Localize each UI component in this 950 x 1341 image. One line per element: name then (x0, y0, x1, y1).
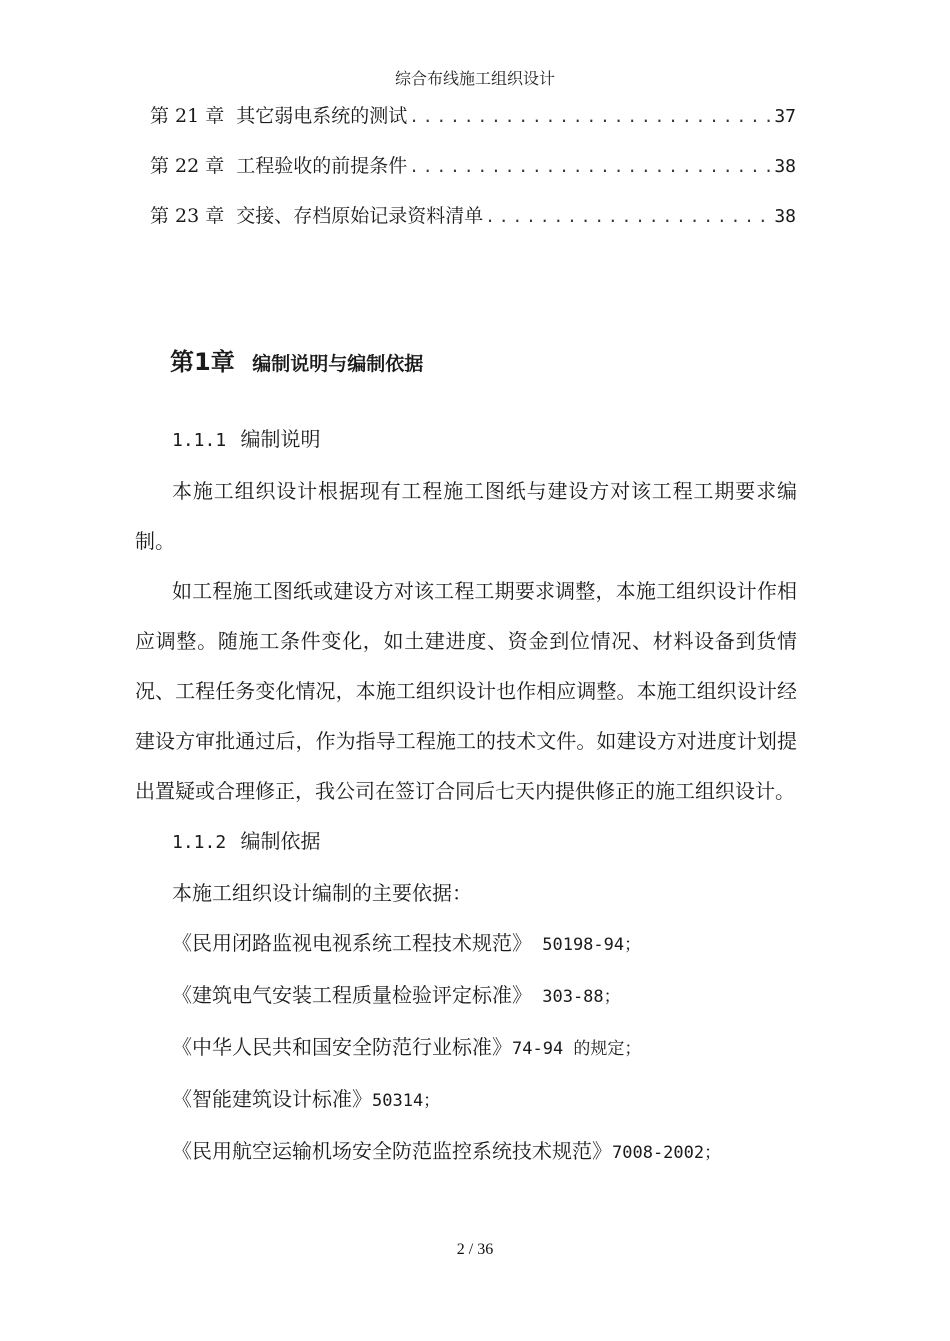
table-of-contents: 第 21 章 其它弱电系统的测试 37 第 22 章 工程验收的前提条件 38 … (150, 100, 796, 250)
toc-chapter-number: 第 21 章 (150, 100, 224, 132)
reference-name: 《民用航空运输机场安全防范监控系统技术规范》 (172, 1139, 612, 1163)
page-number-indicator: 2 / 36 (0, 1241, 950, 1259)
reference-item: 《民用闭路监视电视系统工程技术规范》 50198-94； (135, 918, 797, 970)
toc-page-number: 38 (774, 201, 796, 233)
reference-name: 《智能建筑设计标准》 (172, 1087, 372, 1111)
section-title: 编制说明 (241, 427, 321, 451)
toc-chapter-number: 第 22 章 (150, 150, 224, 182)
toc-page-number: 38 (774, 151, 796, 183)
toc-chapter-number: 第 23 章 (150, 200, 224, 232)
chapter-title-text: 编制说明与编制依据 (252, 353, 423, 375)
section-number: 1.1.2 (172, 832, 226, 853)
reference-code: 7008-2002； (612, 1143, 721, 1163)
toc-entry[interactable]: 第 23 章 交接、存档原始记录资料清单 38 (150, 200, 796, 250)
reference-item: 《建筑电气安装工程质量检验评定标准》 303-88； (135, 970, 797, 1022)
document-body: 1.1.1 编制说明 本施工组织设计根据现有工程施工图纸与建设方对该工程工期要求… (135, 414, 797, 1178)
reference-item: 《中华人民共和国安全防范行业标准》74-94 的规定； (135, 1022, 797, 1074)
page-header-title: 综合布线施工组织设计 (0, 66, 950, 89)
body-paragraph: 如工程施工图纸或建设方对该工程工期要求调整，本施工组织设计作相应调整。随施工条件… (135, 566, 797, 816)
reference-name: 《中华人民共和国安全防范行业标准》 (172, 1035, 512, 1059)
section-heading: 1.1.1 编制说明 (135, 414, 797, 466)
reference-item: 《民用航空运输机场安全防范监控系统技术规范》7008-2002； (135, 1126, 797, 1178)
toc-chapter-title: 其它弱电系统的测试 (236, 100, 407, 132)
toc-page-number: 37 (774, 101, 796, 133)
reference-name: 《民用闭路监视电视系统工程技术规范》 (172, 931, 532, 955)
toc-leader-dots (407, 101, 774, 133)
body-paragraph: 本施工组织设计编制的主要依据： (135, 868, 797, 918)
reference-item: 《智能建筑设计标准》50314； (135, 1074, 797, 1126)
chapter-number: 第1章 (170, 348, 235, 376)
toc-entry[interactable]: 第 22 章 工程验收的前提条件 38 (150, 150, 796, 200)
toc-leader-dots (483, 201, 774, 233)
reference-code: 303-88； (532, 987, 621, 1007)
reference-code: 50314； (372, 1091, 440, 1111)
chapter-heading: 第1章 编制说明与编制依据 (170, 342, 423, 377)
body-paragraph: 本施工组织设计根据现有工程施工图纸与建设方对该工程工期要求编制。 (135, 466, 797, 566)
reference-code: 74-94 的规定； (512, 1039, 641, 1059)
toc-entry[interactable]: 第 21 章 其它弱电系统的测试 37 (150, 100, 796, 150)
section-heading: 1.1.2 编制依据 (135, 816, 797, 868)
toc-chapter-title: 交接、存档原始记录资料清单 (236, 200, 483, 232)
reference-code: 50198-94； (532, 935, 641, 955)
toc-chapter-title: 工程验收的前提条件 (236, 150, 407, 182)
reference-name: 《建筑电气安装工程质量检验评定标准》 (172, 983, 532, 1007)
section-number: 1.1.1 (172, 430, 226, 451)
toc-leader-dots (407, 151, 774, 183)
section-title: 编制依据 (241, 829, 321, 853)
